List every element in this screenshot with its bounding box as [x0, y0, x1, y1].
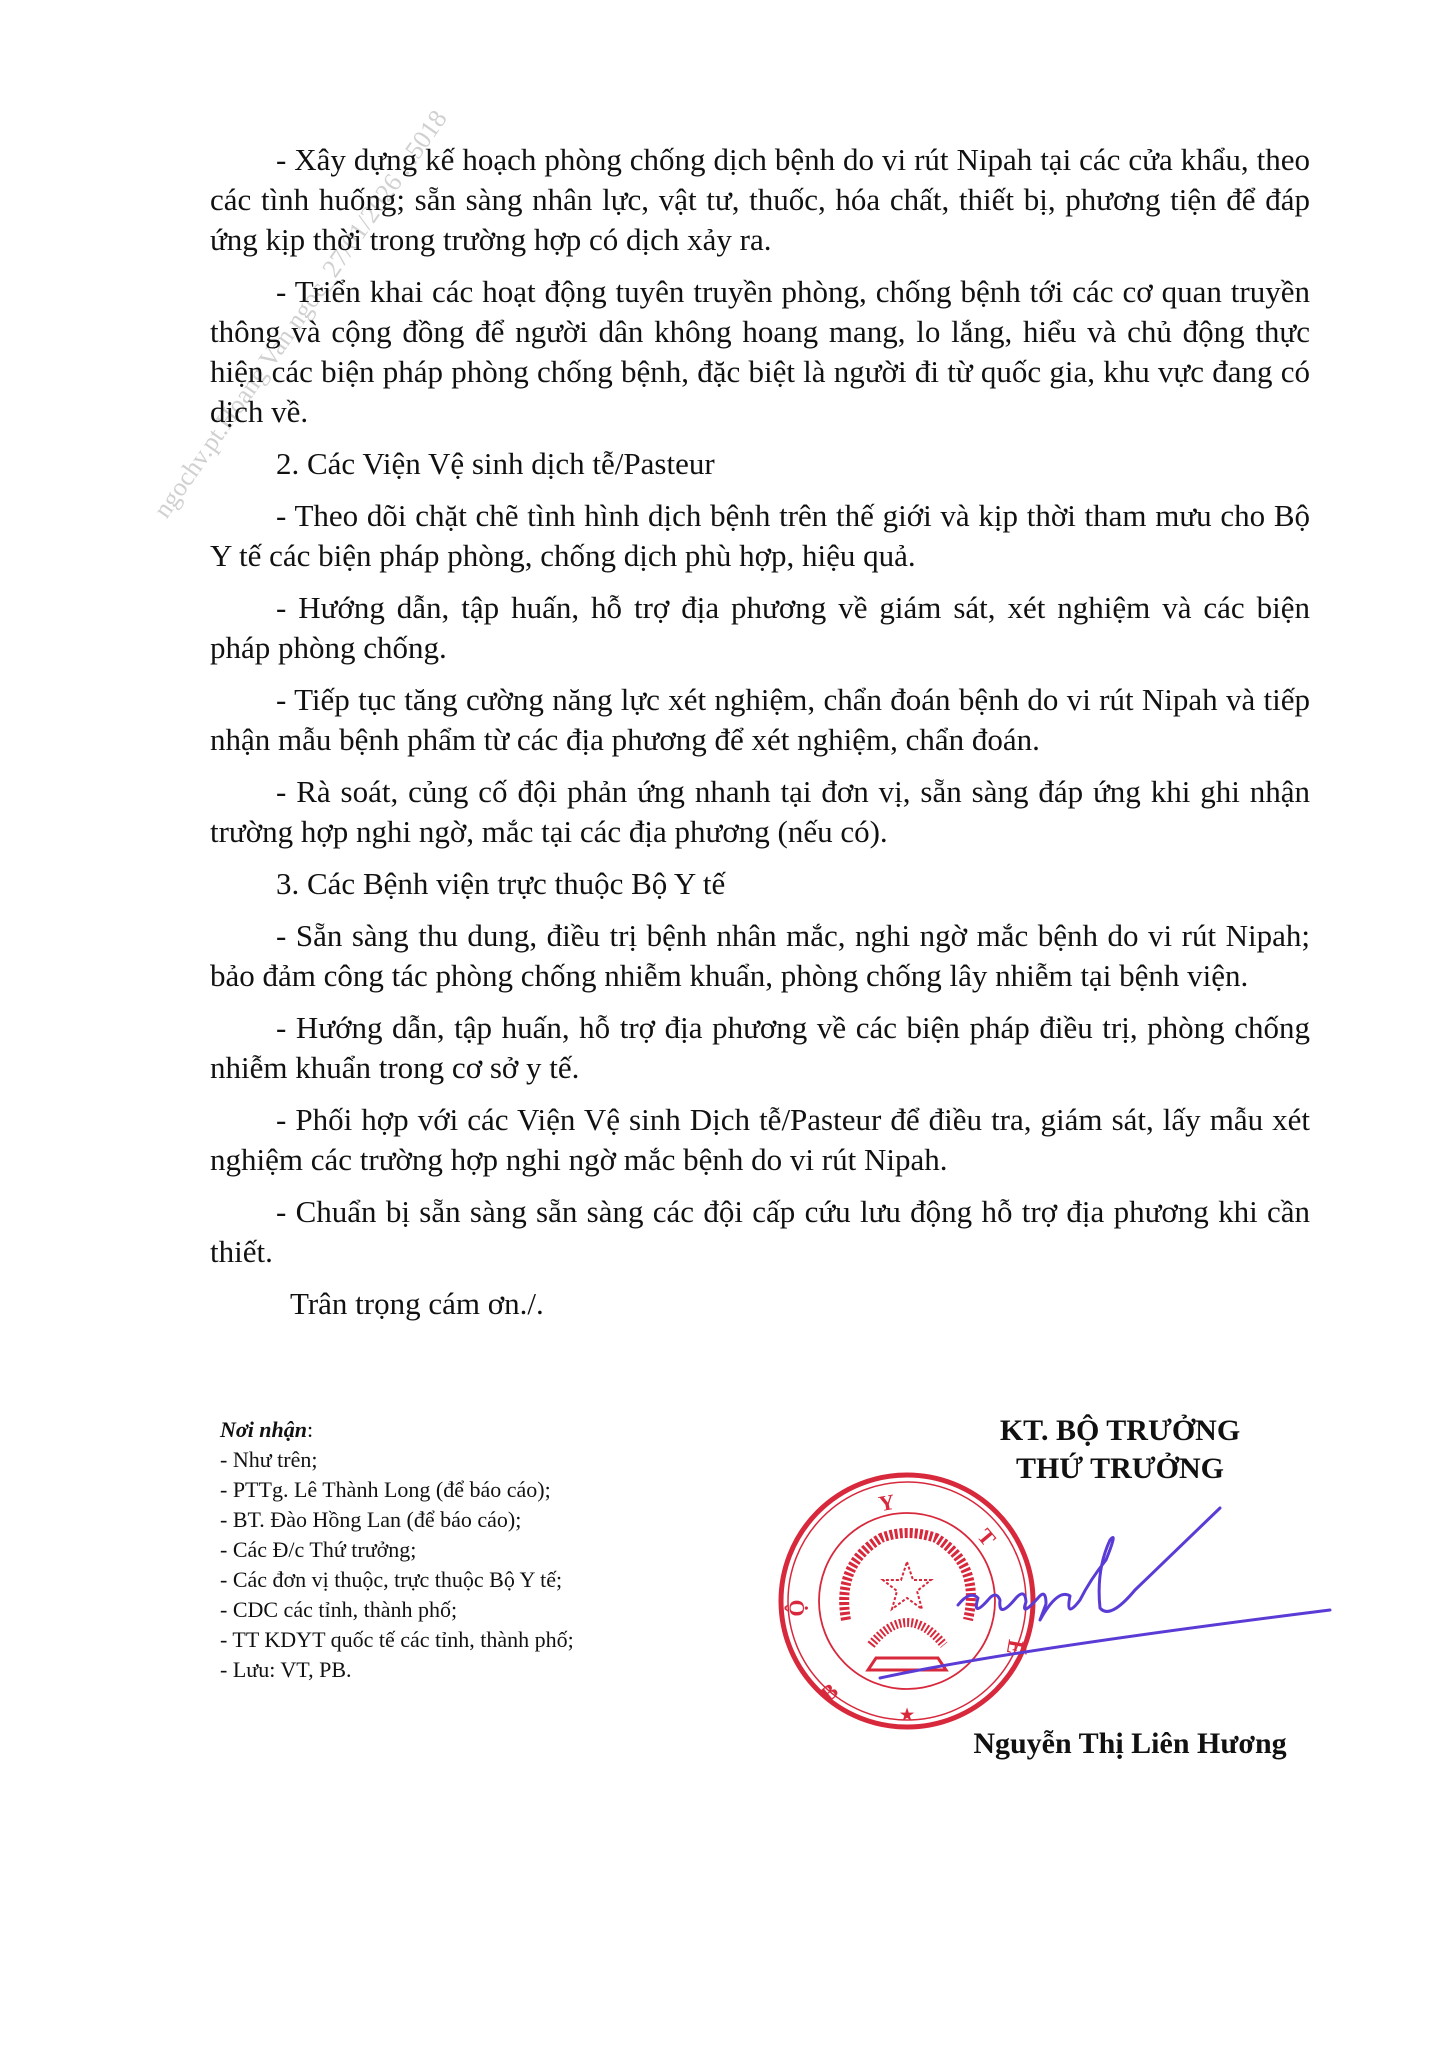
recipients-block: Nơi nhận: - Như trên;- PTTg. Lê Thành Lo…: [220, 1415, 680, 1685]
recipient-item: - Các Đ/c Thứ trưởng;: [220, 1535, 680, 1565]
handwritten-signature-icon: [860, 1500, 1360, 1700]
recipient-item: - Các đơn vị thuộc, trực thuộc Bộ Y tế;: [220, 1565, 680, 1595]
paragraph: - Chuẩn bị sẵn sàng sẵn sàng các đội cấp…: [210, 1192, 1310, 1272]
paragraph: - Tiếp tục tăng cường năng lực xét nghiệ…: [210, 680, 1310, 760]
signatory-title-line1: KT. BỘ TRƯỞNG: [880, 1412, 1360, 1450]
paragraph: - Hướng dẫn, tập huấn, hỗ trợ địa phương…: [210, 588, 1310, 668]
signer-name: Nguyễn Thị Liên Hương: [880, 1724, 1380, 1764]
paragraph: - Sẵn sàng thu dung, điều trị bệnh nhân …: [210, 916, 1310, 996]
recipient-item: - Như trên;: [220, 1445, 680, 1475]
signatory-title-line2: THỨ TRƯỞNG: [880, 1450, 1360, 1488]
paragraph: - Hướng dẫn, tập huấn, hỗ trợ địa phương…: [210, 1008, 1310, 1088]
recipients-title: Nơi nhận:: [220, 1415, 680, 1445]
paragraph: - Xây dựng kế hoạch phòng chống dịch bện…: [210, 140, 1310, 260]
recipient-item: - PTTg. Lê Thành Long (để báo cáo);: [220, 1475, 680, 1505]
paragraph: - Phối hợp với các Viện Vệ sinh Dịch tễ/…: [210, 1100, 1310, 1180]
section-heading: 3. Các Bệnh viện trực thuộc Bộ Y tế: [210, 864, 1310, 904]
section-heading: 2. Các Viện Vệ sinh dịch tễ/Pasteur: [210, 444, 1310, 484]
svg-text:Ộ: Ộ: [784, 1599, 809, 1616]
paragraph: - Theo dõi chặt chẽ tình hình dịch bệnh …: [210, 496, 1310, 576]
recipient-item: - TT KDYT quốc tế các tỉnh, thành phố;: [220, 1625, 680, 1655]
closing-line: Trân trọng cám ơn./.: [210, 1284, 1310, 1324]
recipient-item: - CDC các tỉnh, thành phố;: [220, 1595, 680, 1625]
document-page: ngochv.pt.Hoang Van ngoc_27/01/2026 ...5…: [0, 0, 1448, 2048]
recipient-item: - Lưu: VT, PB.: [220, 1655, 680, 1685]
paragraph: - Rà soát, củng cố đội phản ứng nhanh tạ…: [210, 772, 1310, 852]
recipients-list: - Như trên;- PTTg. Lê Thành Long (để báo…: [220, 1445, 680, 1685]
recipient-item: - BT. Đào Hồng Lan (để báo cáo);: [220, 1505, 680, 1535]
paragraph: - Triển khai các hoạt động tuyên truyền …: [210, 272, 1310, 432]
svg-text:★: ★: [900, 1707, 915, 1724]
document-body: - Xây dựng kế hoạch phòng chống dịch bện…: [210, 140, 1310, 1336]
signatory-title: KT. BỘ TRƯỞNG THỨ TRƯỞNG: [880, 1412, 1360, 1488]
